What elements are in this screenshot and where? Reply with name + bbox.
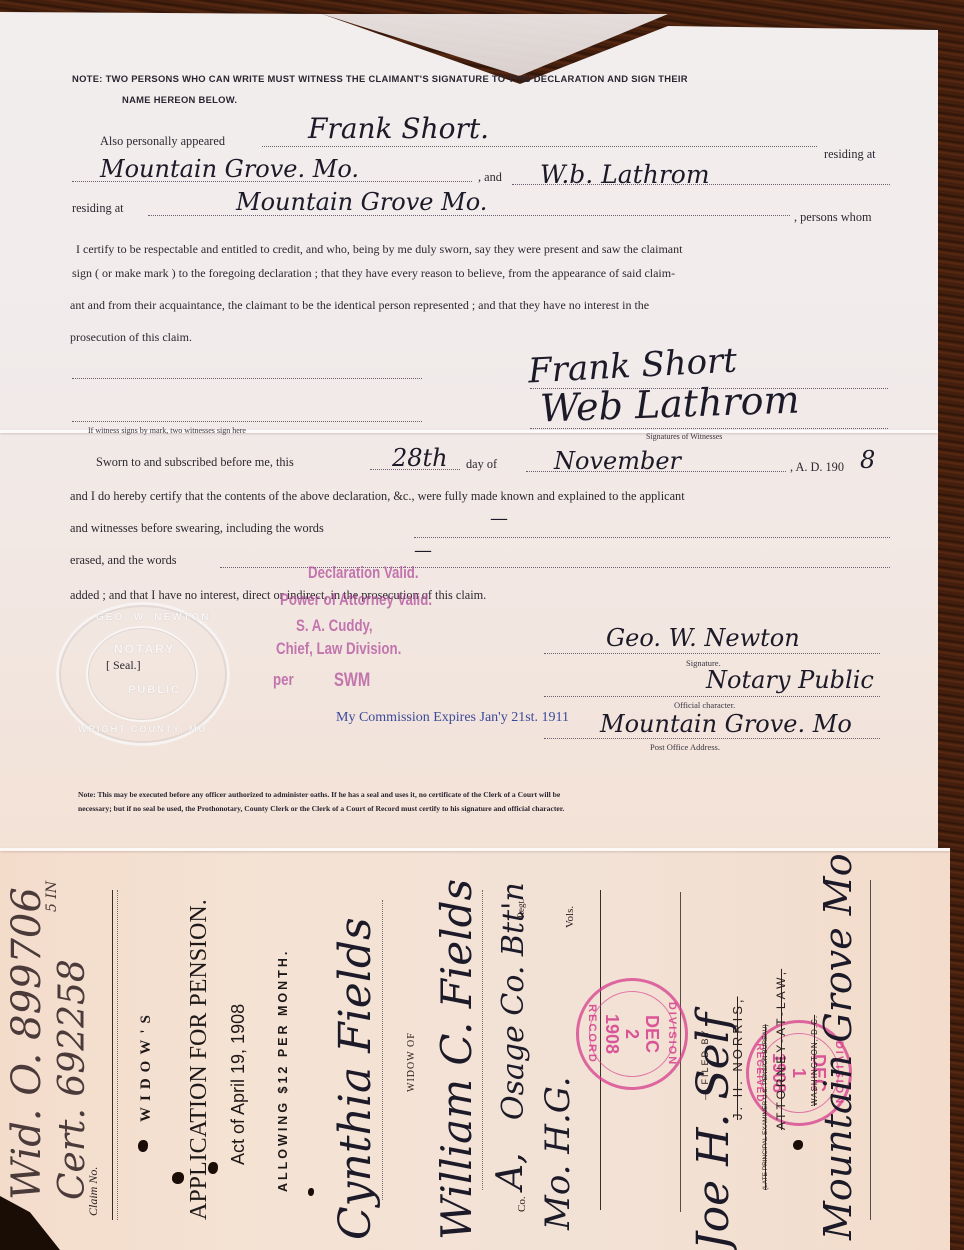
stamp-signatory-name: S. A. Cuddy,: [296, 616, 373, 636]
record-division-stamp-dec-2: DIVISION DEC 2 1908 RECORD: [576, 978, 688, 1090]
mark-witness-line-2: [72, 421, 422, 422]
notary-embossed-seal: GEO. W. NEWTON NOTARY PUBLIC WRIGHT COUN…: [56, 602, 230, 746]
official-character-line: [544, 696, 880, 697]
post-office-line: [544, 738, 880, 739]
day-value: 28th: [392, 444, 448, 472]
erased-words-label: erased, and the words: [70, 553, 177, 568]
erased-words-value: —: [414, 540, 432, 561]
stamp-per-label: per: [273, 670, 294, 690]
ad-label: , A. D. 190: [790, 460, 844, 475]
footer-note: Note: This may be executed before any of…: [78, 788, 898, 816]
regiment-label: Regt.: [516, 899, 526, 918]
certify-line-3: ant and from their acquaintance, the cla…: [70, 298, 649, 313]
cover-rule-1: [112, 890, 113, 1220]
company-label: Co.: [516, 1196, 528, 1212]
sworn-label: Sworn to and subscribed before me, this: [96, 455, 294, 470]
witnesses-words-label: and witnesses before swearing, including…: [70, 521, 324, 536]
cover-rule-1b: [117, 890, 118, 1220]
certify-contents-line: and I do hereby certify that the content…: [70, 489, 685, 504]
and-label: , and: [478, 170, 502, 185]
stamp-initials: SWM: [334, 670, 370, 692]
widow-name: Cynthia Fields: [330, 917, 381, 1240]
witness1-residence: Mountain Grove. Mo.: [100, 155, 359, 183]
year-digit: 8: [860, 446, 875, 474]
stamp-power-of-attorney-valid: Power of Attorney Valid.: [280, 590, 432, 610]
soldier-name: William C. Fields: [432, 879, 481, 1240]
persons-whom-label: , persons whom: [794, 210, 872, 225]
month-value: November: [554, 447, 681, 475]
notary-signature: Geo. W. Newton: [606, 624, 800, 652]
commission-expiry-stamp: My Commission Expires Jan'y 21st. 1911: [336, 710, 569, 726]
official-character: Notary Public: [706, 666, 874, 694]
included-words-line: [414, 537, 890, 538]
stamp-signatory-title: Chief, Law Division.: [276, 639, 401, 659]
act-date: Act of April 19, 1908: [228, 1004, 249, 1165]
official-character-label: Official character.: [674, 700, 735, 710]
company-value: A,: [490, 1153, 531, 1190]
notary-signature-line: [544, 653, 880, 654]
punch-hole-5: [793, 1140, 803, 1150]
appeared-label: Also personally appeared: [100, 134, 225, 149]
mark-witness-line-1: [72, 378, 422, 379]
widows-heading: WIDOW'S: [138, 1009, 155, 1122]
cover-rule-soldier: [482, 890, 483, 1190]
witness2-residence: Mountain Grove Mo.: [236, 188, 487, 216]
day-of-label: day of: [466, 457, 497, 472]
attorney-printed-note: (LATE PRINCIPAL EXAMINER U.S. PENSION BU…: [762, 1024, 769, 1190]
witness1-name: Frank Short.: [308, 112, 489, 145]
claim-no-handwritten-2: Cert. 692258: [52, 959, 93, 1200]
certify-line-4: prosecution of this claim.: [70, 330, 192, 345]
punch-hole-3: [172, 1172, 184, 1184]
seal-label: [ Seal.]: [106, 658, 141, 673]
mark-note: If witness signs by mark, two witnesses …: [88, 426, 246, 435]
claim-no-handwritten-1: Wid. O. 899706: [4, 887, 50, 1200]
cover-rule-4: [870, 880, 871, 1220]
allowance: ALLOWING $12 PER MONTH.: [276, 949, 290, 1192]
widow-of-label: WIDOW OF: [406, 1032, 417, 1092]
post-office-address: Mountain Grove. Mo: [600, 710, 852, 738]
post-office-label: Post Office Address.: [650, 742, 720, 752]
seal-inner-ring: [86, 626, 198, 722]
attorney-handwritten-name: Joe H. Self: [688, 1013, 739, 1250]
residing-at-label: residing at: [824, 147, 876, 162]
vols-label: Vols.: [564, 906, 576, 928]
cover-fold-crease: [0, 848, 950, 851]
punch-hole-2: [208, 1162, 218, 1174]
signatures-of-witnesses-label: Signatures of Witnesses: [646, 432, 722, 441]
certify-line-2: sign ( or make mark ) to the foregoing d…: [72, 266, 675, 281]
punch-hole-1: [138, 1140, 148, 1152]
cover-rule-name: [382, 900, 383, 1200]
attorney-handwritten-city: Mountain Grove Mo: [816, 853, 860, 1240]
witness1-name-line: [262, 146, 817, 147]
margin-note: 5 IN: [44, 881, 60, 912]
certify-line-1: I certify to be respectable and entitled…: [76, 242, 682, 257]
seal-text-public: PUBLIC: [128, 684, 181, 696]
witness-signature-2: Web Lathrom: [539, 377, 800, 430]
included-words-value: —: [490, 508, 508, 529]
residing-at-label-2: residing at: [72, 201, 124, 216]
state-unit: Mo. H.G.: [538, 1076, 578, 1230]
attorney-title: ATTORNEY-AT-LAW,: [774, 969, 788, 1130]
witness-note: NOTE: TWO PERSONS WHO CAN WRITE MUST WIT…: [72, 68, 892, 110]
seal-text-bottom: WRIGHT COUNTY, MO.: [78, 724, 212, 734]
seal-text-top: GEO. W. NEWTON: [96, 612, 210, 623]
seal-text-notary: NOTARY: [114, 642, 175, 656]
stamp-declaration-valid: Declaration Valid.: [308, 563, 419, 583]
witness2-name: W.b. Lathrom: [540, 160, 710, 189]
punch-hole-4: [308, 1188, 314, 1196]
